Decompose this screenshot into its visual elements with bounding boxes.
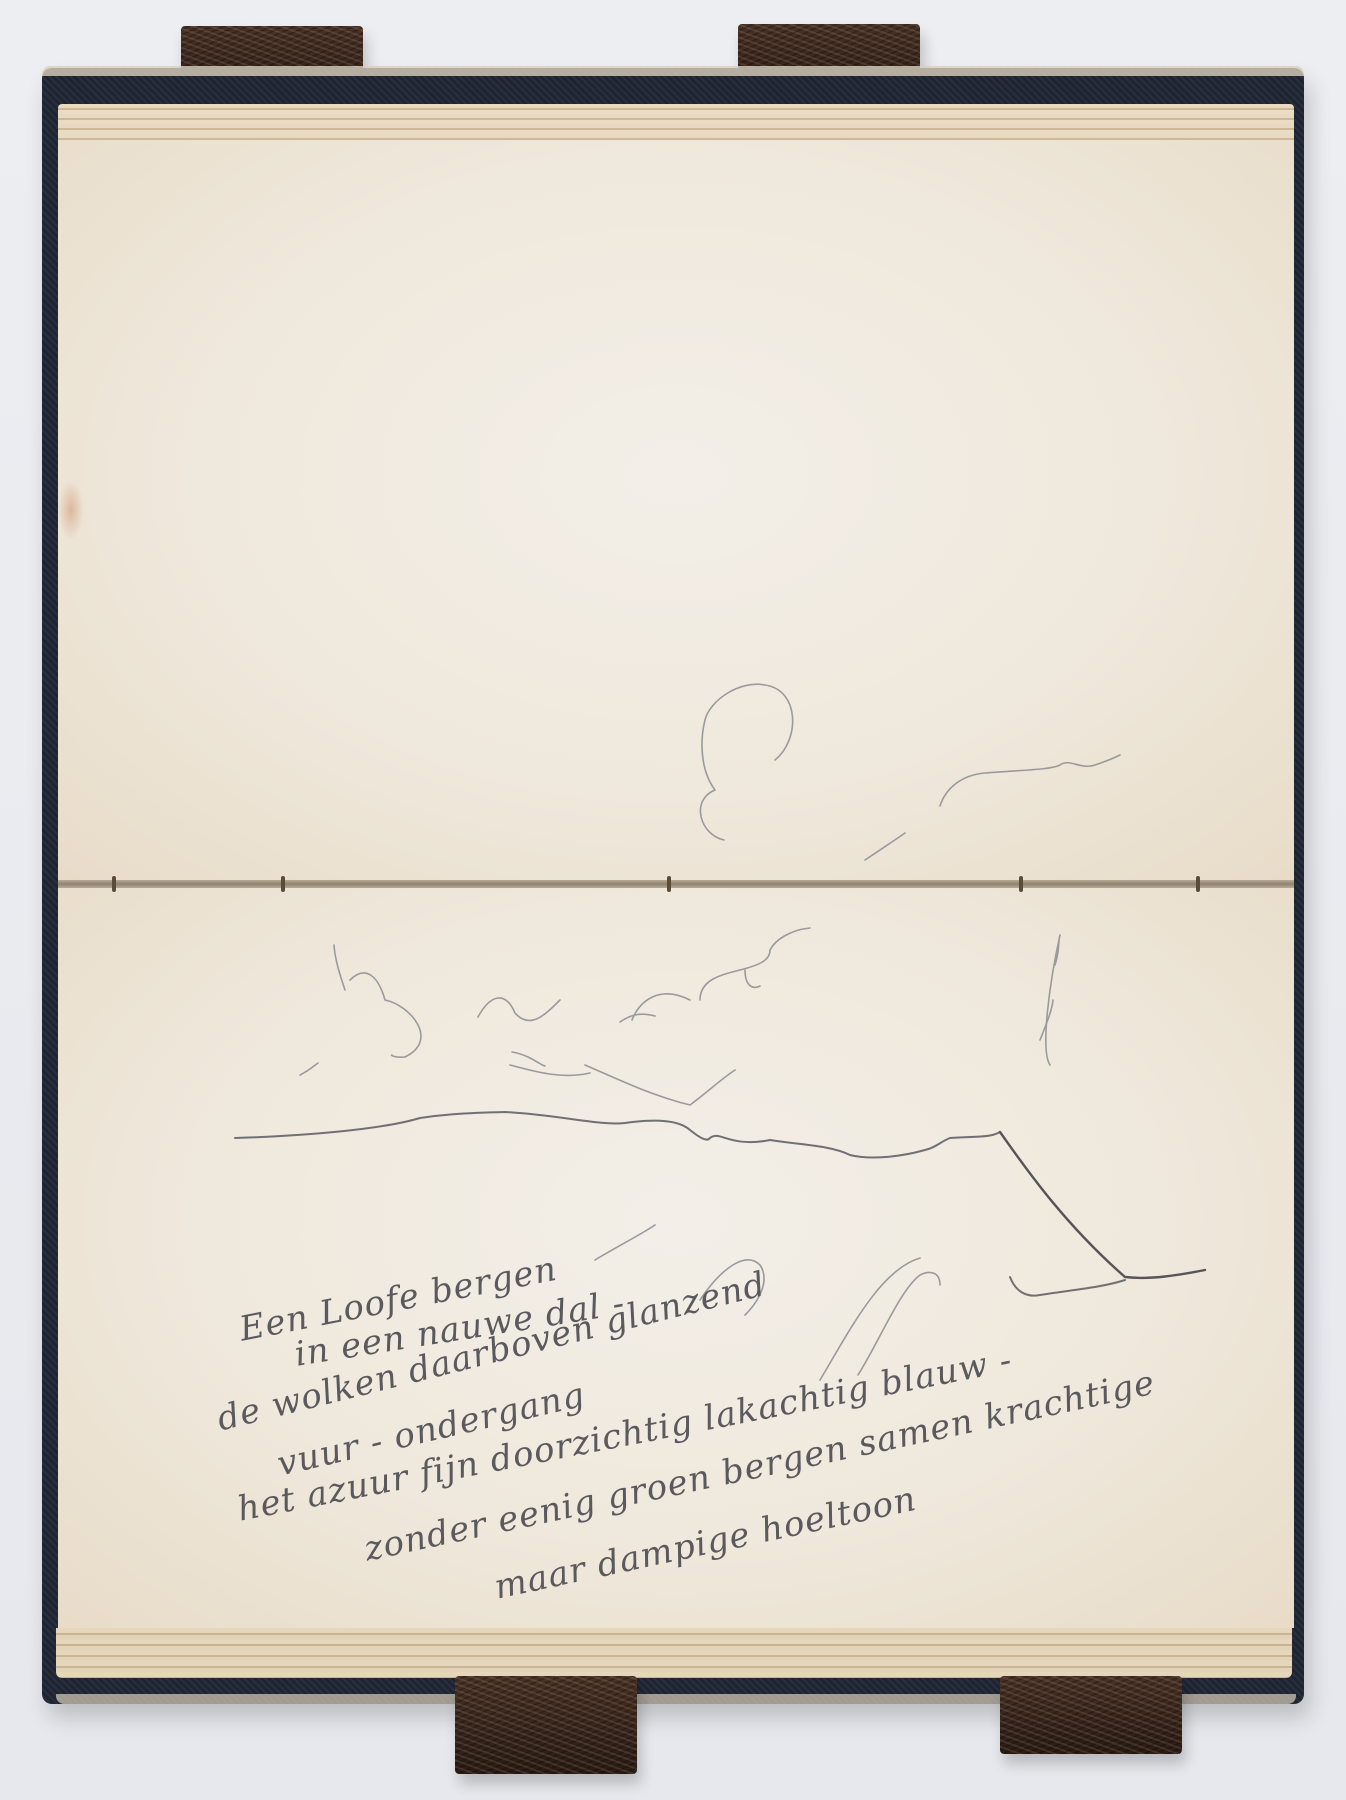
stitch: [281, 876, 285, 892]
stitch: [112, 876, 116, 892]
top-page: [58, 140, 1294, 882]
stitch: [667, 876, 671, 892]
binding-gutter: [58, 880, 1294, 888]
stitch: [1019, 876, 1023, 892]
cover-worn-edge-top: [42, 66, 1304, 76]
leather-tab-bottom-left: [455, 1676, 637, 1774]
page-stack-bottom: [56, 1628, 1292, 1678]
stitch: [1196, 876, 1200, 892]
sketchbook-photo: Een Loofe bergen in een nauwe dal - de w…: [0, 0, 1346, 1800]
foxing-stain: [58, 480, 84, 540]
leather-tab-bottom-right: [1000, 1676, 1182, 1754]
